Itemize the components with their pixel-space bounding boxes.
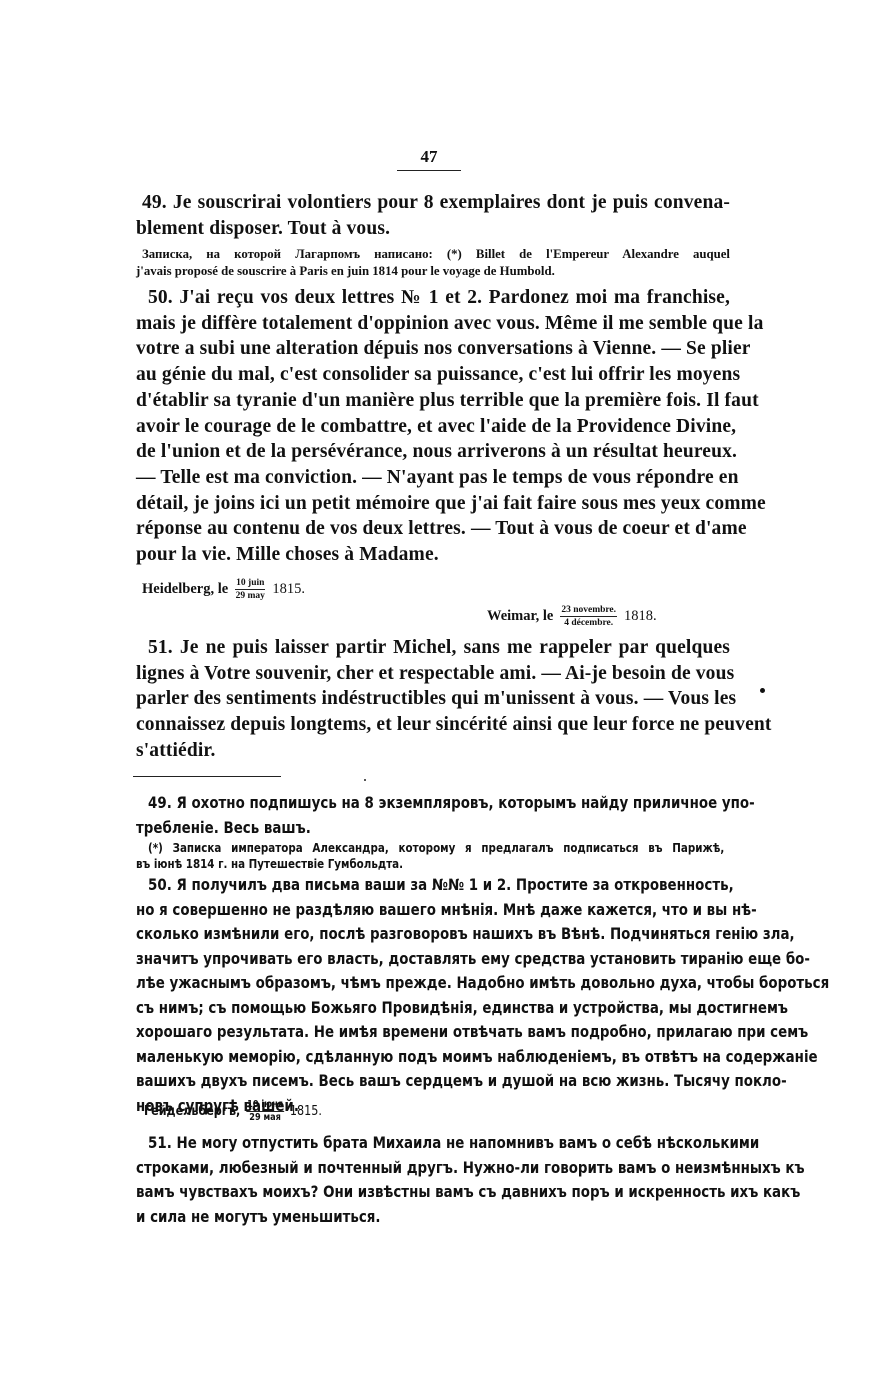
- fr-letter-51: 51. Je ne puis laisser partir Michel, sa…: [136, 635, 730, 764]
- ru-letter-49: 49. Я охотно подпишусь на 8 экземпляровъ…: [136, 791, 724, 840]
- text-line: 50. Я получилъ два письма ваши за №№ 1 и…: [136, 873, 724, 898]
- dateline-place: Heidelberg, le: [142, 581, 228, 598]
- text-line: значитъ упрочивать его власть, доставлят…: [136, 947, 724, 972]
- dateline-year: 1815.: [290, 1104, 322, 1119]
- text-line: lignes à Votre souvenir, cher et respect…: [136, 661, 730, 687]
- text-line: parler des sentiments indéstructibles qu…: [136, 686, 730, 712]
- fr-dateline-heidelberg: Heidelberg, le 10 juin 29 may 1815.: [142, 578, 305, 601]
- text-line: лѣе ужаснымъ образомъ, чѣмъ прежде. Надо…: [136, 971, 724, 996]
- text-line: вамъ чувствахъ моихъ? Они извѣстны вамъ …: [136, 1180, 724, 1205]
- dateline-year: 1818.: [624, 608, 657, 625]
- text-line: 50. J'ai reçu vos deux lettres № 1 et 2.…: [136, 285, 730, 311]
- fraction-top: 10 іюня: [246, 1100, 284, 1112]
- text-line: avoir le courage de le combattre, et ave…: [136, 414, 730, 440]
- note-line: Записка, на которой Лагарпомъ написано: …: [142, 246, 730, 263]
- text-line: réponse au contenu de vos deux lettres. …: [136, 516, 730, 542]
- page-number: 47: [397, 147, 461, 167]
- text-line: требленіе. Весь вашъ.: [136, 816, 724, 841]
- fr-letter-49-note: Записка, на которой Лагарпомъ написано: …: [142, 246, 730, 280]
- text-line: строками, любезный и почтенный другъ. Ну…: [136, 1156, 724, 1181]
- text-line: de l'union et de la persévérance, nous a…: [136, 439, 730, 465]
- dateline-year: 1815.: [272, 581, 305, 598]
- text-line: и сила не могутъ уменьшиться.: [136, 1205, 724, 1230]
- text-line: votre a subi une alteration dépuis nos c…: [136, 336, 730, 362]
- text-line: au génie du mal, c'est consolider sa pui…: [136, 362, 730, 388]
- text-line: 51. Je ne puis laisser partir Michel, sa…: [136, 635, 730, 661]
- note-line: (*) Записка императора Александра, котор…: [136, 840, 724, 856]
- text-line: сколько измѣнили его, послѣ разговоровъ …: [136, 922, 724, 947]
- ru-letter-50: 50. Я получилъ два письма ваши за №№ 1 и…: [136, 873, 724, 1118]
- text-line: съ нимъ; съ помощью Божьяго Провидѣнія, …: [136, 996, 724, 1021]
- text-line: хорошаго результата. Не имѣя времени отв…: [136, 1020, 724, 1045]
- date-fraction: 23 novembre. 4 décembre.: [560, 605, 617, 628]
- fraction-bottom: 4 décembre.: [564, 617, 613, 628]
- fraction-top: 10 juin: [235, 578, 265, 590]
- page-number-rule: [397, 170, 461, 171]
- dateline-place: Weimar, le: [487, 608, 553, 625]
- note-line: въ іюнѣ 1814 г. на Путешествіе Гумбольдт…: [136, 856, 724, 872]
- text-line: mais je diffère totalement d'oppinion av…: [136, 311, 730, 337]
- text-line: 51. Не могу отпустить брата Михаила не н…: [136, 1131, 724, 1156]
- text-line: — Telle est ma conviction. — N'ayant pas…: [136, 465, 730, 491]
- book-page: 47 49. Je souscrirai volontiers pour 8 e…: [0, 0, 882, 1393]
- margin-dot: [760, 688, 765, 693]
- fraction-bottom: 29 мая: [249, 1112, 281, 1123]
- fraction-top: 23 novembre.: [560, 605, 617, 617]
- fr-letter-50: 50. J'ai reçu vos deux lettres № 1 et 2.…: [136, 285, 730, 568]
- text-line: маленькую меморію, сдѣланную подъ моимъ …: [136, 1045, 724, 1070]
- date-fraction: 10 іюня 29 мая: [246, 1100, 284, 1123]
- ru-letter-51: 51. Не могу отпустить брата Михаила не н…: [136, 1131, 724, 1229]
- fr-dateline-weimar: Weimar, le 23 novembre. 4 décembre. 1818…: [487, 605, 657, 628]
- fr-letter-49: 49. Je souscrirai volontiers pour 8 exem…: [142, 190, 730, 241]
- ru-letter-49-note: (*) Записка императора Александра, котор…: [136, 840, 724, 872]
- text-line: но я совершенно не раздѣляю вашего мнѣні…: [136, 898, 724, 923]
- dateline-place: Гейдельбергъ,: [144, 1104, 240, 1119]
- text-line: 49. Я охотно подпишусь на 8 экземпляровъ…: [136, 791, 724, 816]
- note-line: j'avais proposé de souscrire à Paris en …: [136, 263, 730, 280]
- text-line: 49. Je souscrirai volontiers pour 8 exem…: [142, 190, 730, 216]
- text-line: s'attiédir.: [136, 738, 730, 764]
- text-line: détail, je joins ici un petit mémoire qu…: [136, 491, 730, 517]
- text-line: blement disposer. Tout à vous.: [136, 216, 730, 242]
- text-line: d'établir sa tyranie d'un manière plus t…: [136, 388, 730, 414]
- text-line: pour la vie. Mille choses à Madame.: [136, 542, 730, 568]
- ru-dateline-heidelberg: Гейдельбергъ, 10 іюня 29 мая 1815.: [144, 1100, 322, 1123]
- text-line: connaissez depuis longtems, et leur sinc…: [136, 712, 730, 738]
- text-line: вашихъ двухъ писемъ. Весь вашъ сердцемъ …: [136, 1069, 724, 1094]
- translation-separator: [133, 776, 281, 777]
- fraction-bottom: 29 may: [236, 590, 265, 601]
- date-fraction: 10 juin 29 may: [235, 578, 265, 601]
- print-speck: [364, 779, 366, 781]
